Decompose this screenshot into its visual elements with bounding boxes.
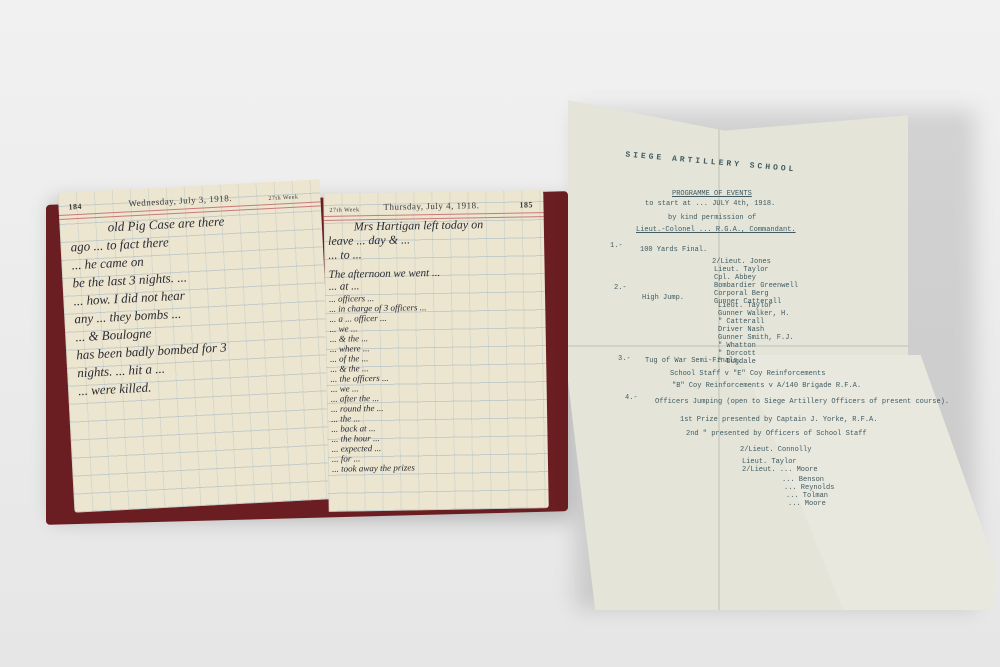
event-number: 1.- [610, 242, 623, 251]
entrant: School Staff v "E" Coy Reinforcements [670, 370, 825, 379]
entrant: 2/Lieut. Connolly [740, 446, 811, 455]
page-number: 185 [519, 200, 533, 209]
sheet-subtitle: PROGRAMME OF EVENTS [672, 190, 752, 199]
event-number: 2.- [614, 284, 627, 293]
prize-line: 2nd " presented by Officers of School St… [686, 430, 867, 439]
handwriting-line: ... to ... [328, 245, 362, 264]
event-name: High Jump. [642, 294, 684, 303]
event-name: Tug of War Semi-Finals. [645, 357, 742, 366]
week-label: 27th Week [329, 207, 359, 214]
event-number: 4.- [625, 394, 638, 403]
entrant: ... Moore [788, 500, 826, 509]
sheet-commandant-line: Lieut.-Colonel ... R.G.A., Commandant. [636, 226, 796, 235]
page-number: 184 [68, 202, 82, 212]
entrant: 2/Lieut. ... Moore [742, 466, 818, 475]
event-name: Officers Jumping (open to Siege Artiller… [655, 398, 949, 407]
date-header: Thursday, July 4, 1918. [383, 200, 479, 212]
handwriting-line: ... took away the prizes [332, 458, 415, 477]
diary-left-page: 184 Wednesday, July 3, 1918. 27th Week o… [58, 179, 336, 512]
prize-line: 1st Prize presented by Captain J. Yorke,… [680, 416, 877, 425]
sheet-date-line: to start at ... JULY 4th, 1918. [645, 200, 775, 209]
diary-right-page: 27th Week Thursday, July 4, 1918. 185 Mr… [323, 190, 549, 512]
event-number: 3.- [618, 355, 631, 364]
sheet-permission-line: by kind permission of [668, 214, 756, 223]
handwriting-line: ... were killed. [78, 378, 152, 400]
entrant: "B" Coy Reinforcements v A/140 Brigade R… [672, 382, 861, 391]
event-name: 100 Yards Final. [640, 246, 707, 255]
